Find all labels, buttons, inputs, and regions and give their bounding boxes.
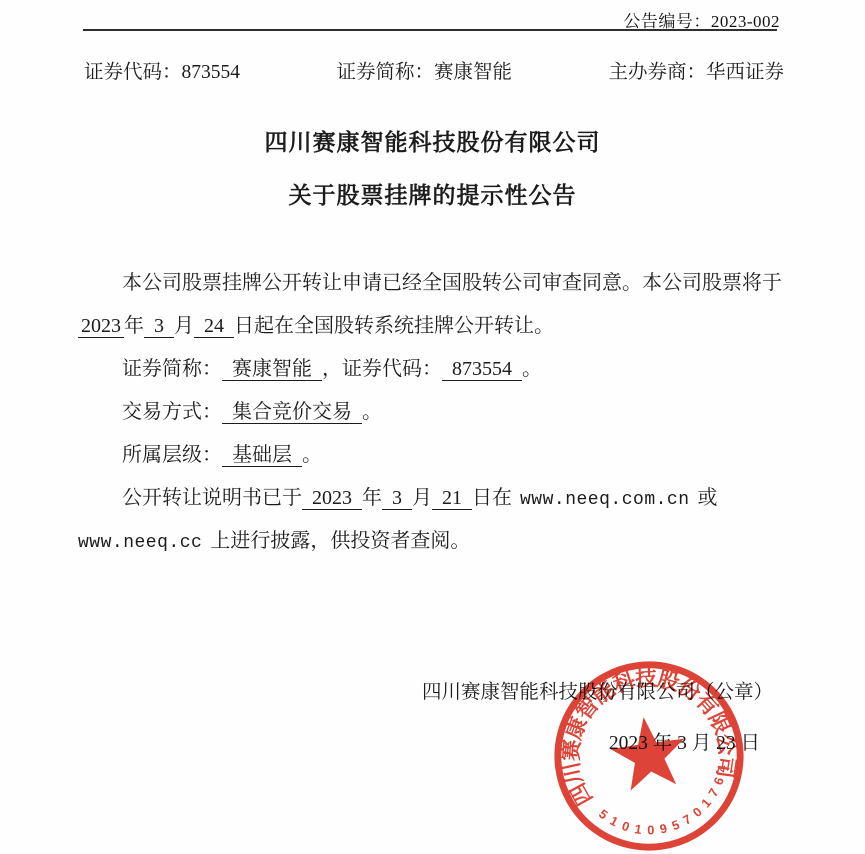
trade-mode-value: 集合竞价交易 xyxy=(222,401,362,424)
listing-month: 3 xyxy=(144,315,174,338)
trade-mode-label: 交易方式： xyxy=(122,401,222,423)
abbr-line-period: 。 xyxy=(522,358,542,380)
neeq-url-1: www.neeq.com.cn xyxy=(520,490,690,510)
abbr-line-code: 873554 xyxy=(442,358,522,381)
document-page: 公告编号：2023-002 证券代码：873554 证券简称：赛康智能 主办券商… xyxy=(0,0,865,854)
listing-day: 24 xyxy=(194,315,234,338)
sponsor-label: 主办券商： xyxy=(608,62,706,83)
market-layer-line: 所属层级：基础层。 xyxy=(78,434,794,477)
header-divider-line xyxy=(83,29,777,31)
market-layer-label: 所属层级： xyxy=(122,444,222,466)
listing-year: 2023 xyxy=(78,315,124,338)
securities-code-value: 873554 xyxy=(182,62,241,83)
abbr-line-mid: ，证券代码： xyxy=(322,358,442,380)
document-title-subject: 关于股票挂牌的提示性公告 xyxy=(0,177,865,210)
disclosure-year: 2023 xyxy=(302,487,362,510)
securities-abbr: 证券简称：赛康智能 xyxy=(336,56,512,84)
trade-mode-line: 交易方式：集合竞价交易。 xyxy=(78,391,794,434)
paragraph2-or: 或 xyxy=(698,487,718,509)
paragraph2-mid: 日在 xyxy=(472,487,512,509)
year-unit: 年 xyxy=(124,315,144,337)
company-seal-stamp: 四川赛康智能科技股份有限公司 5101095701764 xyxy=(551,658,747,854)
abbr-line-label: 证券简称： xyxy=(122,358,222,380)
market-layer-value: 基础层 xyxy=(222,444,302,467)
abbr-line: 证券简称：赛康智能，证券代码：873554。 xyxy=(78,348,794,391)
securities-abbr-value: 赛康智能 xyxy=(434,62,512,83)
paragraph1-line2-rest: 日起在全国股转系统挂牌公开转让。 xyxy=(234,315,554,337)
paragraph2-line2: www.neeq.cc上进行披露，供投资者查阅。 xyxy=(78,520,794,563)
disclosure-month: 3 xyxy=(382,487,412,510)
star-icon xyxy=(607,712,691,793)
securities-code: 证券代码：873554 xyxy=(84,56,240,84)
document-title-company: 四川赛康智能科技股份有限公司 xyxy=(0,124,865,157)
sponsor: 主办券商：华西证券 xyxy=(608,56,784,84)
paragraph2-lead: 公开转让说明书已于 xyxy=(122,487,302,509)
securities-abbr-label: 证券简称： xyxy=(336,62,434,83)
neeq-url-2: www.neeq.cc xyxy=(78,533,202,553)
disclosure-month-unit: 月 xyxy=(412,487,432,509)
paragraph1-line1: 本公司股票挂牌公开转让申请已经全国股转公司审查同意。本公司股票将于 xyxy=(78,262,794,305)
disclosure-day: 21 xyxy=(432,487,472,510)
securities-code-label: 证券代码： xyxy=(84,62,182,83)
trade-mode-period: 。 xyxy=(362,401,382,423)
disclosure-year-unit: 年 xyxy=(362,487,382,509)
paragraph1-line2: 2023年3月24日起在全国股转系统挂牌公开转让。 xyxy=(78,305,794,348)
document-body: 本公司股票挂牌公开转让申请已经全国股转公司审查同意。本公司股票将于 2023年3… xyxy=(78,262,794,563)
month-unit: 月 xyxy=(174,315,194,337)
securities-header-row: 证券代码：873554 证券简称：赛康智能 主办券商：华西证券 xyxy=(84,56,784,84)
paragraph2-line1: 公开转让说明书已于2023年3月21日在www.neeq.com.cn或 xyxy=(78,477,794,520)
market-layer-period: 。 xyxy=(302,444,322,466)
paragraph2-tail: 上进行披露，供投资者查阅。 xyxy=(210,530,470,552)
sponsor-value: 华西证券 xyxy=(706,62,784,83)
seal-group: 四川赛康智能科技股份有限公司 5101095701764 xyxy=(551,658,747,854)
abbr-line-value: 赛康智能 xyxy=(222,358,322,381)
